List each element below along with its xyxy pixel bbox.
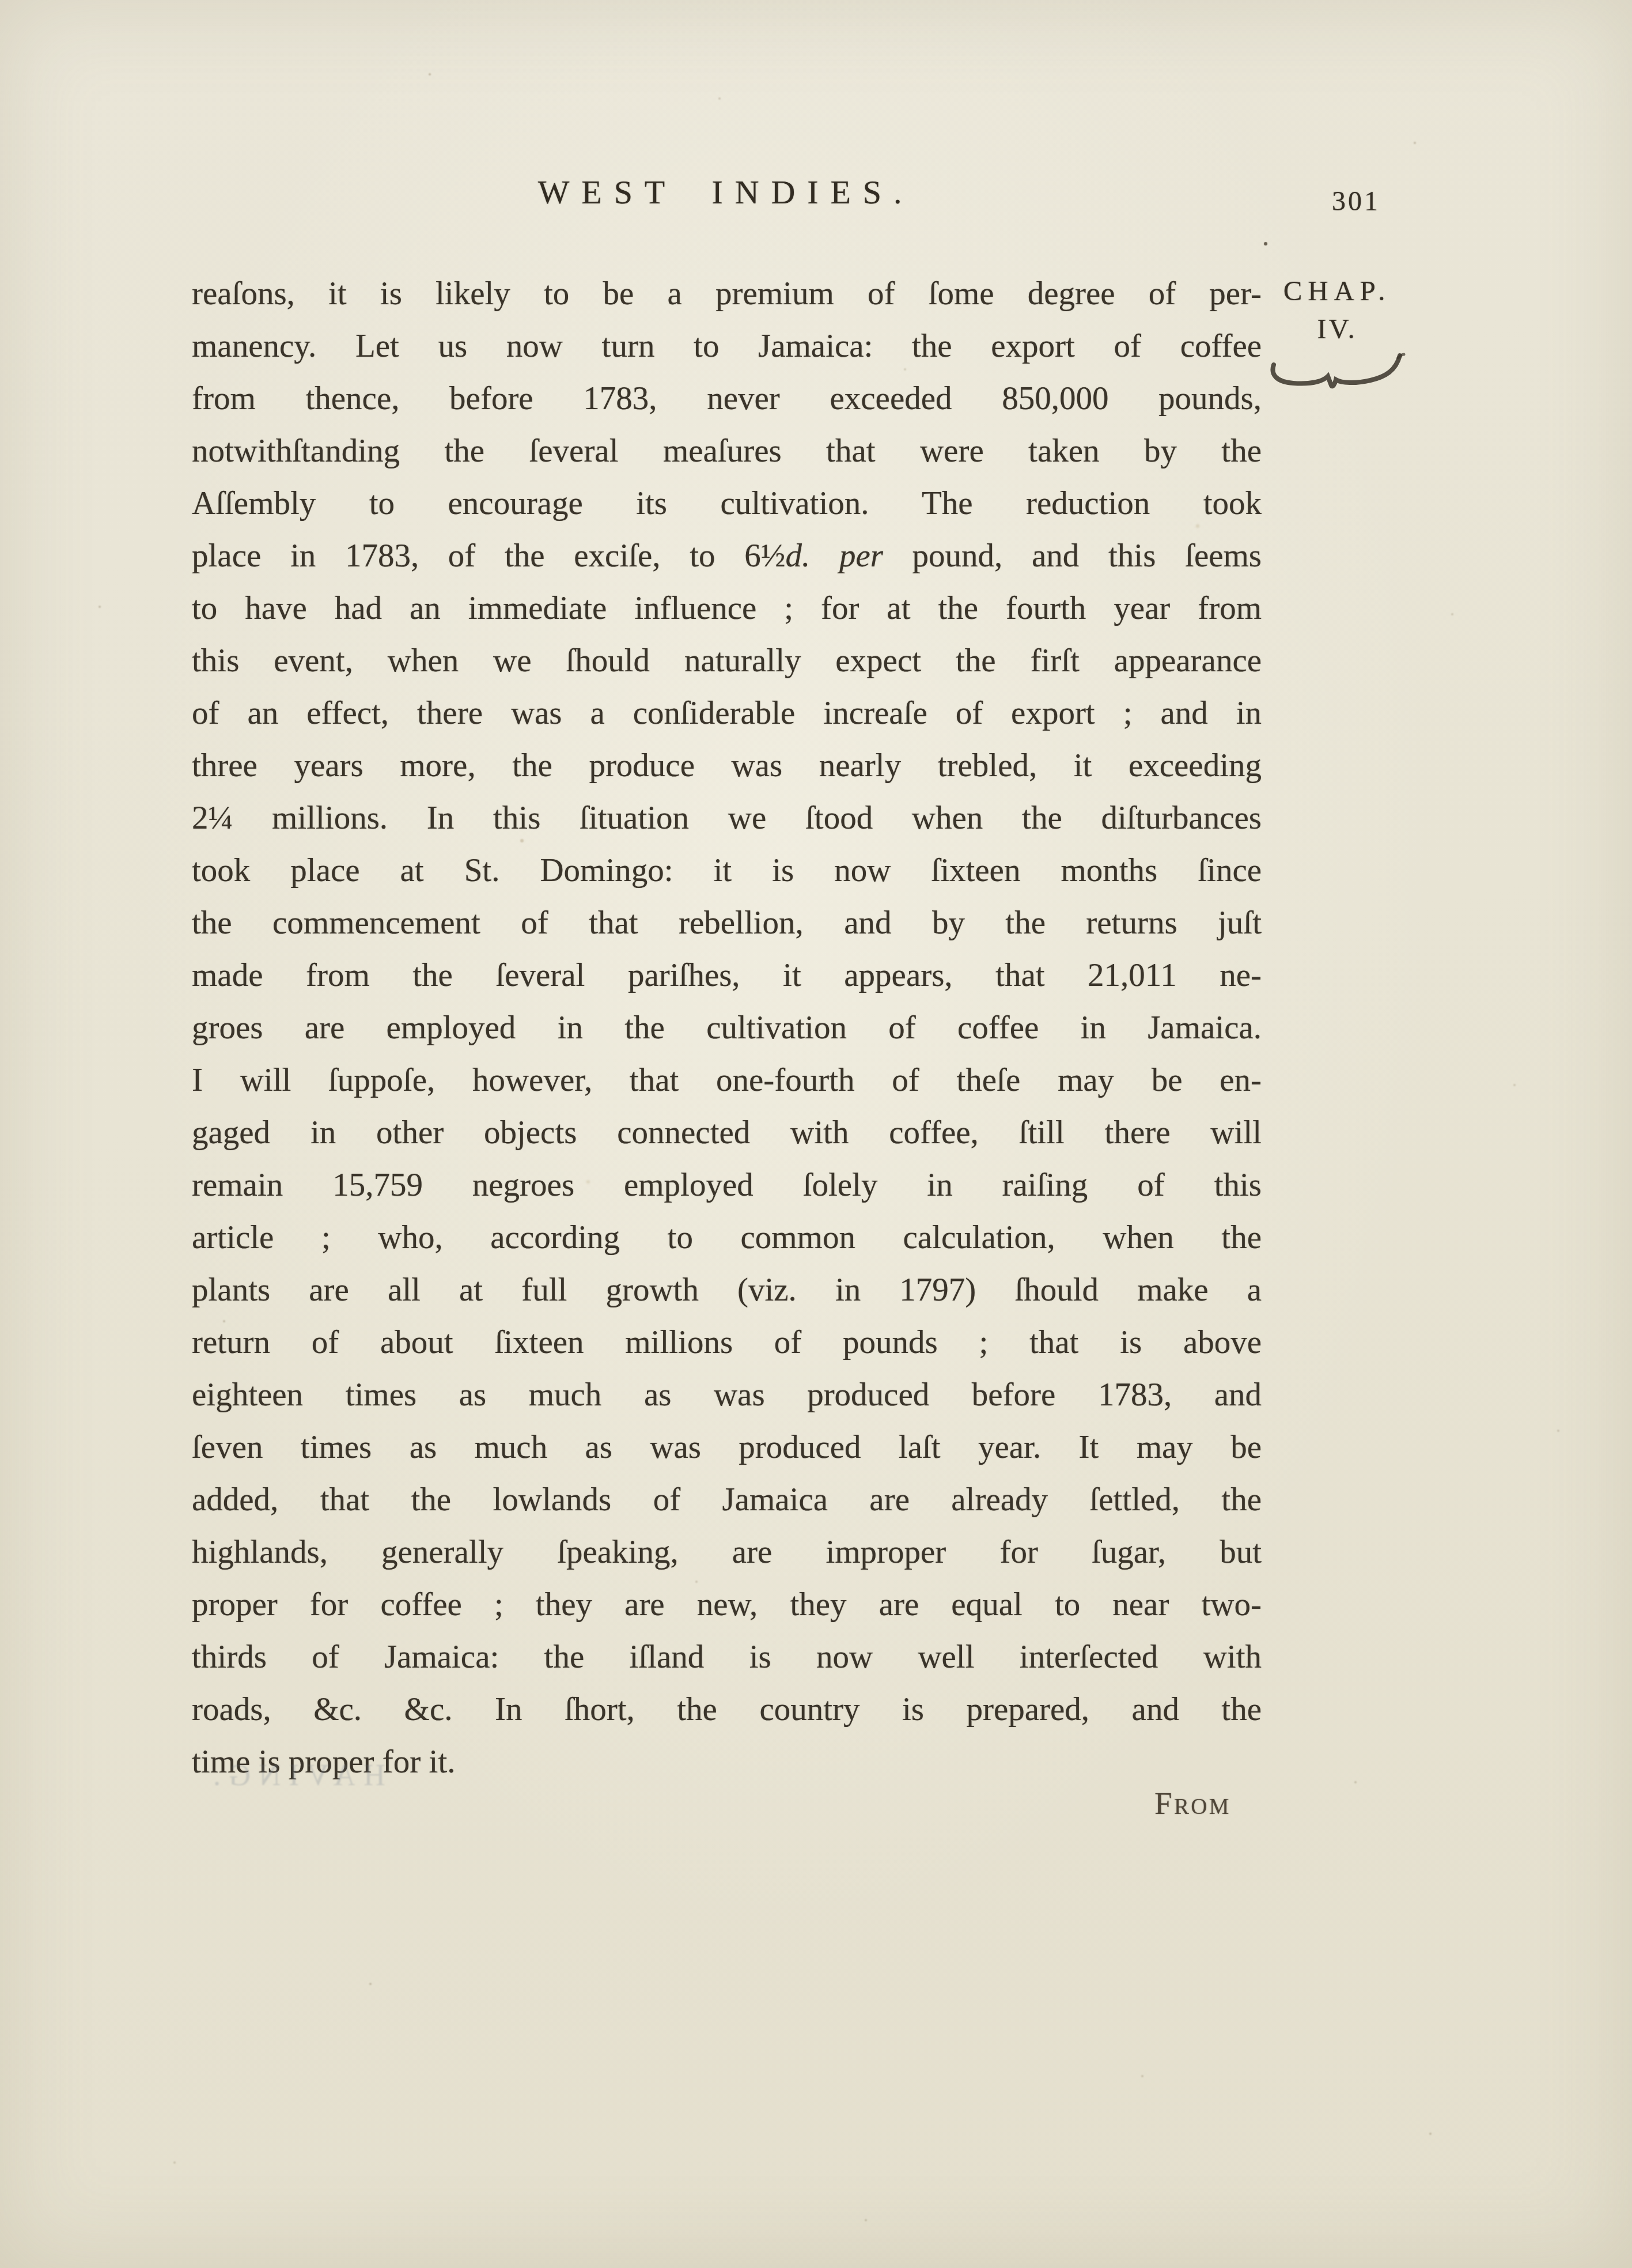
page-number: 301	[1332, 186, 1380, 217]
chapter-label: CHAP.	[1264, 274, 1410, 307]
chapter-margin-note: CHAP. IV.	[1264, 274, 1410, 393]
book-page-scan: WEST INDIES. 301 CHAP. IV. reaſons, it i…	[0, 0, 1632, 2268]
show-through-text: HAVING.	[168, 1759, 422, 1793]
body-line: Aſſembly to encourage its cultivation. T…	[192, 477, 1262, 530]
body-line: article ; who, according to common calcu…	[192, 1211, 1262, 1264]
body-text: reaſons, it is likely to be a premium of…	[192, 267, 1262, 1788]
body-line: place in 1783, of the exciſe, to 6½d. pe…	[192, 530, 1262, 582]
body-line: took place at St. Domingo: it is now ſix…	[192, 844, 1262, 897]
body-line: manency. Let us now turn to Jamaica: the…	[192, 320, 1262, 372]
body-line: made from the ſeveral pariſhes, it appea…	[192, 949, 1262, 1001]
body-line: gaged in other objects connected with co…	[192, 1106, 1262, 1159]
body-line: I will ſuppoſe, however, that one-fourth…	[192, 1054, 1262, 1106]
body-line: highlands, generally ſpeaking, are impro…	[192, 1526, 1262, 1578]
body-line: from thence, before 1783, never exceeded…	[192, 372, 1262, 425]
body-line: remain 15,759 negroes employed ſolely in…	[192, 1159, 1262, 1211]
body-line: three years more, the produce was nearly…	[192, 739, 1262, 792]
body-line: reaſons, it is likely to be a premium of…	[192, 267, 1262, 320]
body-line: this event, when we ſhould naturally exp…	[192, 634, 1262, 687]
body-line: proper for coffee ; they are new, they a…	[192, 1578, 1262, 1631]
body-line: thirds of Jamaica: the iſland is now wel…	[192, 1631, 1262, 1683]
body-line: eighteen times as much as was produced b…	[192, 1369, 1262, 1421]
running-header: WEST INDIES.	[190, 173, 1262, 211]
body-line: added, that the lowlands of Jamaica are …	[192, 1473, 1262, 1526]
catchword: From	[1154, 1785, 1231, 1821]
body-line: plants are all at full growth (viz. in 1…	[192, 1264, 1262, 1316]
body-line: return of about ſixteen millions of poun…	[192, 1316, 1262, 1369]
chapter-number: IV.	[1264, 312, 1410, 345]
body-line: ſeven times as much as was produced laſt…	[192, 1421, 1262, 1473]
chapter-brace-ornament	[1264, 347, 1410, 393]
body-line: roads, &c. &c. In ſhort, the country is …	[192, 1683, 1262, 1736]
body-line: of an effect, there was a conſiderable i…	[192, 687, 1262, 739]
body-line: the commencement of that rebellion, and …	[192, 897, 1262, 949]
page-title: WEST INDIES.	[538, 173, 914, 211]
body-line: 2¼ millions. In this ſituation we ſtood …	[192, 792, 1262, 844]
paper-speckles	[0, 0, 1, 1]
body-line: to have had an immediate influence ; for…	[192, 582, 1262, 634]
body-line: groes are employed in the cultivation of…	[192, 1001, 1262, 1054]
body-line: notwithſtanding the ſeveral meaſures tha…	[192, 425, 1262, 477]
